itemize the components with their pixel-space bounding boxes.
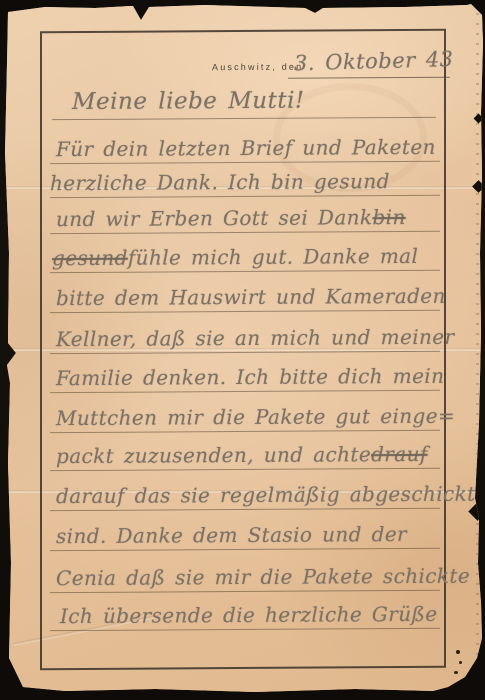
handwritten-text: und wir Erben Gott sei Dank — [56, 205, 372, 231]
handwritten-text: fühle mich gut. Danke mal — [128, 244, 418, 270]
letter-line: gesund fühle mich gut. Danke mal — [50, 231, 440, 273]
handwritten-text: Familie denken. Ich bitte dich mein — [56, 364, 444, 390]
letter-line: sind. Danke dem Stasio und der — [50, 509, 440, 551]
handwritten-text: Muttchen mir die Pakete gut einge= — [56, 404, 455, 430]
handwritten-date: 3. Oktober 43 — [294, 47, 454, 75]
handwritten-text: Cenia daß sie mir die Pakete schickte — [56, 564, 470, 591]
struck-word: drauf — [371, 442, 428, 466]
photo-backdrop: Auschwitz, den 3. Oktober 43 Meine liebe… — [0, 0, 485, 700]
letter-frame: Auschwitz, den 3. Oktober 43 Meine liebe… — [40, 29, 446, 670]
handwritten-text: sind. Danke dem Stasio und der — [56, 522, 407, 548]
letter-line: Muttchen mir die Pakete gut einge= — [50, 391, 440, 433]
letter-line: bitte dem Hauswirt und Kameraden — [50, 271, 440, 313]
paper-speck — [454, 671, 458, 674]
letter-line: Kellner, daß sie an mich und meiner — [50, 312, 440, 354]
struck-word: gesund — [52, 246, 128, 270]
letter-line: Cenia daß sie mir die Pakete schickte — [50, 551, 440, 593]
date-rule — [288, 77, 450, 79]
handwritten-text: darauf das sie regelmäßig abgeschickt — [56, 482, 476, 509]
paper-speck — [459, 661, 462, 664]
fold-line-vertical — [476, 3, 479, 695]
salutation-rule — [52, 117, 436, 120]
handwritten-text: herzliche Dank. Ich bin gesund — [50, 169, 390, 195]
letter-line: packt zuzusenden, und achte drauf — [50, 429, 440, 471]
paper-speck — [456, 650, 460, 654]
salutation: Meine liebe Mutti! — [72, 88, 305, 115]
fold-hole — [472, 180, 485, 193]
handwritten-text: packt zuzusenden, und achte — [56, 442, 371, 468]
printed-place-label: Auschwitz, den — [212, 62, 303, 73]
handwritten-text: Kellner, daß sie an mich und meiner — [56, 325, 454, 351]
letter-line: und wir Erben Gott sei Dank bin — [50, 192, 440, 234]
handwritten-text: Ich übersende die herzliche Grüße — [60, 602, 438, 628]
handwritten-text: bitte dem Hauswirt und Kameraden — [56, 284, 446, 310]
struck-word: bin — [372, 205, 405, 229]
letter-line: Ich übersende die herzliche Grüße — [50, 589, 440, 631]
letter-body: Für dein letzten Brief und Paketenherzli… — [42, 31, 444, 33]
letter-line: Familie denken. Ich bitte dich mein — [50, 351, 440, 393]
letter-paper: Auschwitz, den 3. Oktober 43 Meine liebe… — [5, 3, 483, 695]
letter-line: darauf das sie regelmäßig abgeschickt — [50, 469, 440, 511]
